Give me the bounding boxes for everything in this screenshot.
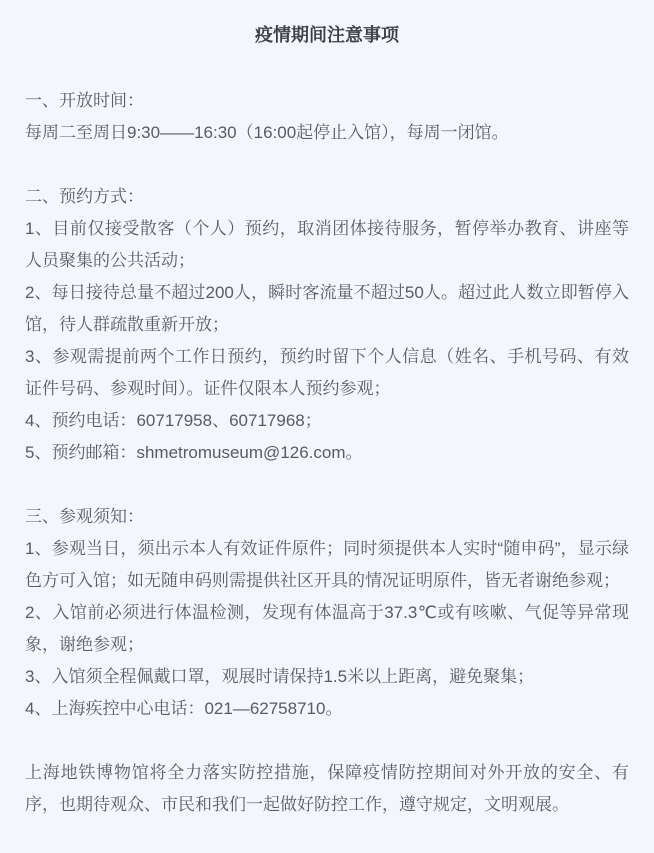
section-opening-hours: 一、开放时间： 每周二至周日9:30——16:30（16:00起停止入馆），每周… [25, 85, 629, 149]
notice-document: 疫情期间注意事项 一、开放时间： 每周二至周日9:30——16:30（16:00… [0, 0, 654, 821]
section-visitor-notice: 三、参观须知： 1、参观当日，须出示本人有效证件原件；同时须提供本人实时“随申码… [25, 501, 629, 725]
section-opening-hours-heading: 一、开放时间： [25, 85, 629, 117]
section-reservation-heading: 二、预约方式： [25, 181, 629, 213]
page-title: 疫情期间注意事项 [25, 23, 629, 47]
section-reservation-method: 二、预约方式： 1、目前仅接受散客（个人）预约，取消团体接待服务，暂停举办教育、… [25, 181, 629, 469]
visitor-notice-item-2: 2、入馆前必须进行体温检测，发现有体温高于37.3℃或有咳嗽、气促等异常现象，谢… [25, 597, 629, 661]
reservation-item-1: 1、目前仅接受散客（个人）预约，取消团体接待服务，暂停举办教育、讲座等人员聚集的… [25, 213, 629, 277]
reservation-item-5-email: 5、预约邮箱：shmetromuseum@126.com。 [25, 437, 629, 469]
visitor-notice-item-3: 3、入馆须全程佩戴口罩，观展时请保持1.5米以上距离，避免聚集； [25, 661, 629, 693]
reservation-item-4-phone: 4、预约电话：60717958、60717968； [25, 405, 629, 437]
reservation-item-3: 3、参观需提前两个工作日预约，预约时留下个人信息（姓名、手机号码、有效证件号码、… [25, 341, 629, 405]
opening-hours-text: 每周二至周日9:30——16:30（16:00起停止入馆），每周一闭馆。 [25, 117, 629, 149]
visitor-notice-item-1: 1、参观当日，须出示本人有效证件原件；同时须提供本人实时“随申码”，显示绿色方可… [25, 533, 629, 597]
section-visitor-notice-heading: 三、参观须知： [25, 501, 629, 533]
closing-paragraph: 上海地铁博物馆将全力落实防控措施，保障疫情防控期间对外开放的安全、有序，也期待观… [25, 757, 629, 821]
visitor-notice-item-4-cdc-phone: 4、上海疾控中心电话：021—62758710。 [25, 693, 629, 725]
reservation-item-2: 2、每日接待总量不超过200人，瞬时客流量不超过50人。超过此人数立即暂停入馆，… [25, 277, 629, 341]
